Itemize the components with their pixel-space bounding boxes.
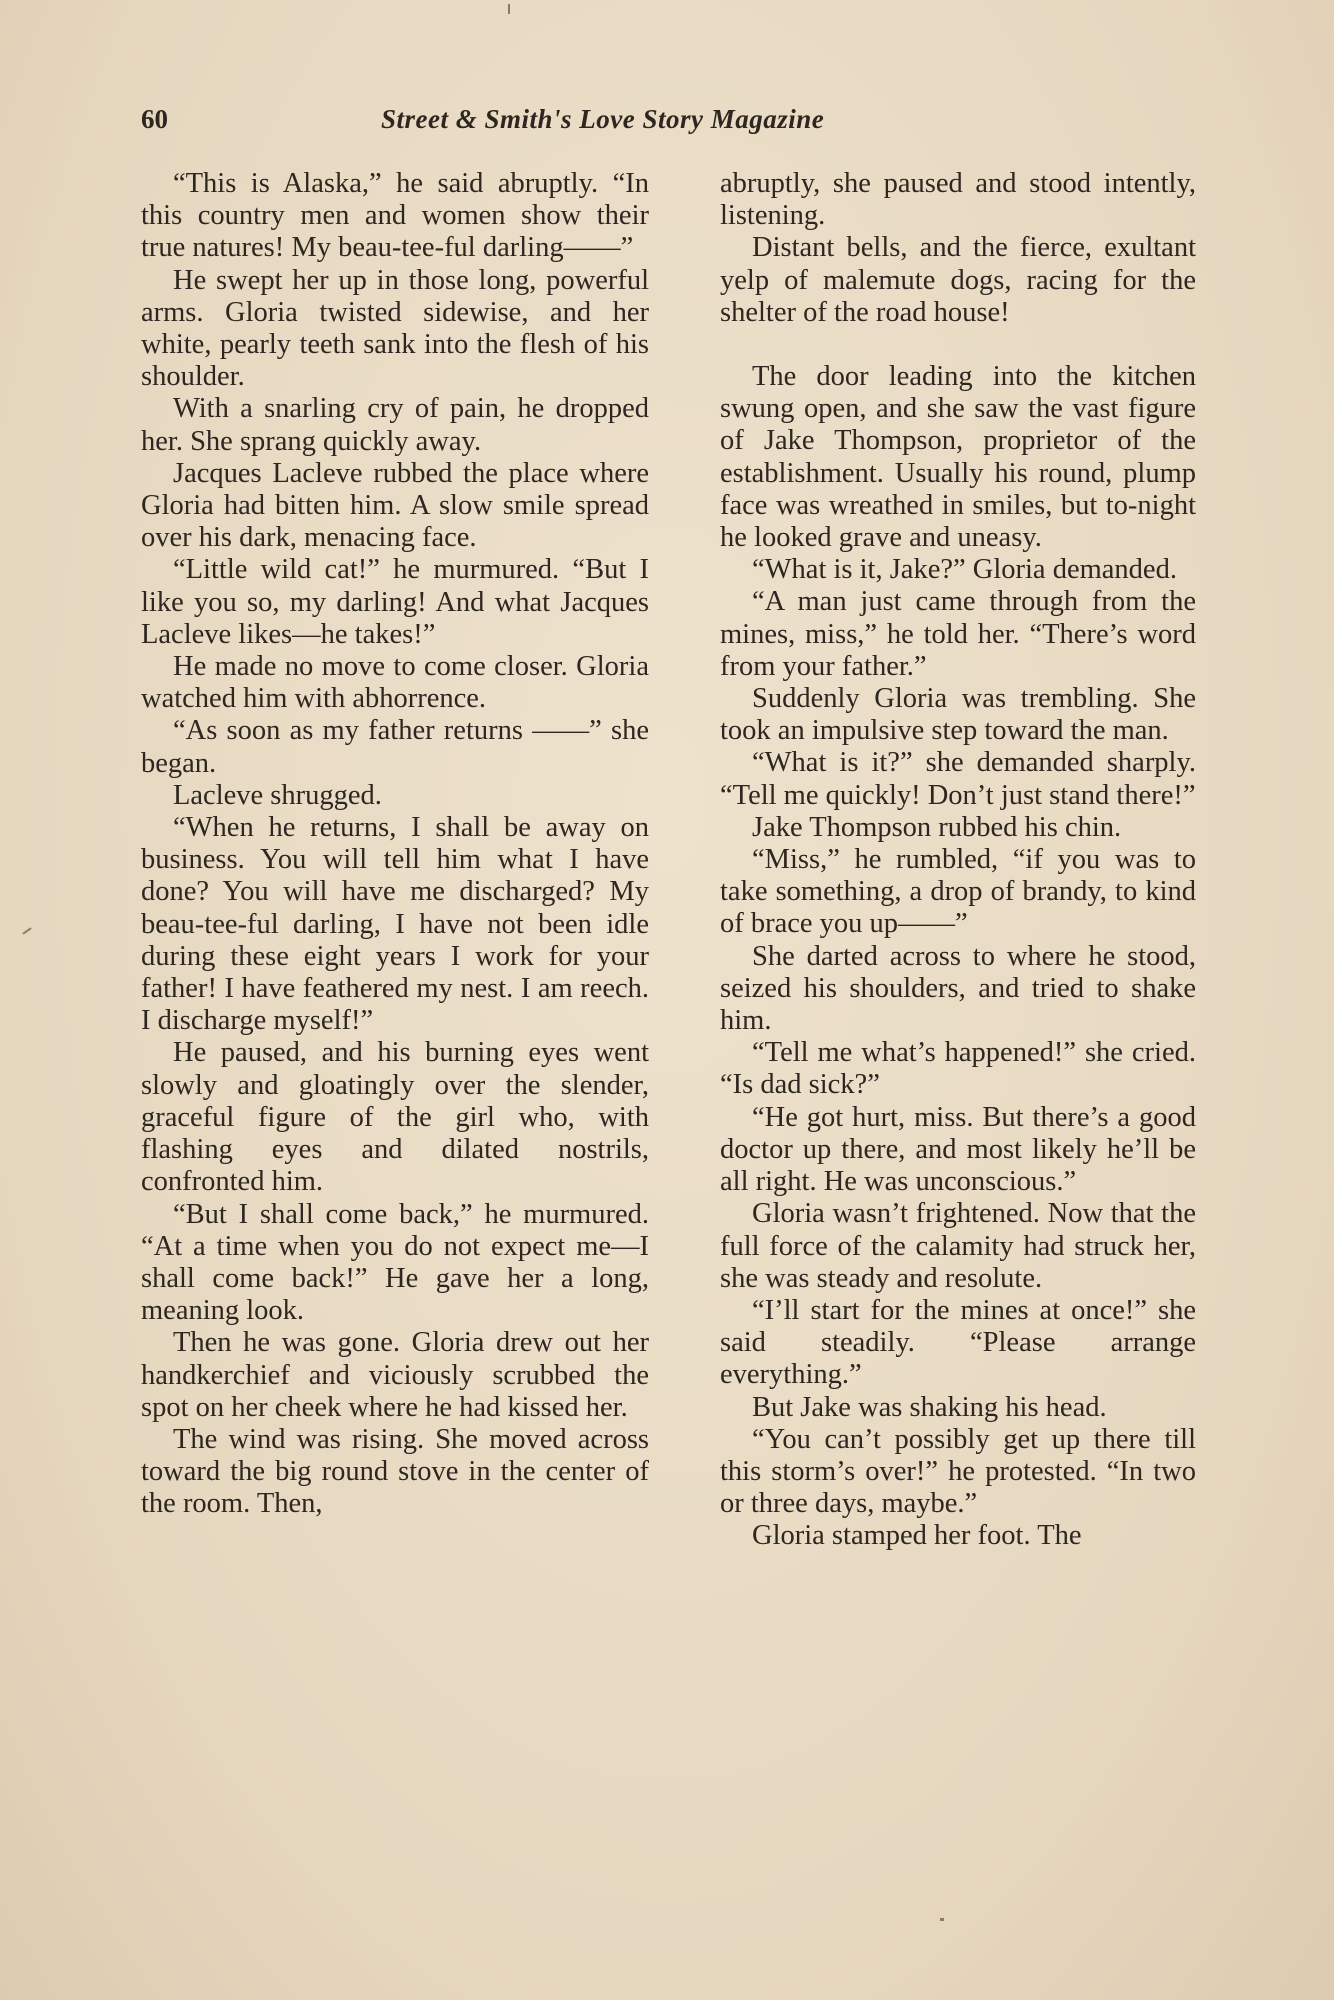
- page-smudge-mark: [22, 927, 31, 934]
- paragraph: Distant bells, and the fierce, exultant …: [720, 232, 1196, 329]
- paragraph: “I’ll start for the mines at once!” she …: [720, 1295, 1196, 1392]
- paragraph: “What is it?” she demanded sharply. “Tel…: [720, 747, 1196, 811]
- left-column: “This is Alaska,” he said abruptly. “In …: [141, 168, 649, 1521]
- paragraph: Gloria wasn’t frightened. Now that the f…: [720, 1198, 1196, 1295]
- paragraph: “He got hurt, miss. But there’s a good d…: [720, 1102, 1196, 1199]
- paragraph: He made no move to come closer. Gloria w…: [141, 651, 649, 715]
- paragraph: “Tell me what’s happened!” she cried. “I…: [720, 1037, 1196, 1101]
- paragraph: “But I shall come back,” he murmured. “A…: [141, 1199, 649, 1328]
- paragraph: Jacques Lacleve rubbed the place where G…: [141, 458, 649, 555]
- paragraph: She darted across to where he stood, sei…: [720, 941, 1196, 1038]
- paragraph: With a snarling cry of pain, he dropped …: [141, 393, 649, 457]
- page-number: 60: [141, 104, 168, 135]
- page-smudge-mark: [940, 1918, 944, 1921]
- paragraph: “This is Alaska,” he said abruptly. “In …: [141, 168, 649, 265]
- paragraph: But Jake was shaking his head.: [720, 1392, 1196, 1424]
- paragraph: Gloria stamped her foot. The: [720, 1520, 1196, 1552]
- paragraph: “Miss,” he rumbled, “if you was to take …: [720, 844, 1196, 941]
- page-header: 60 Street & Smith's Love Story Magazine: [141, 104, 1201, 144]
- page-smudge-mark: [508, 4, 510, 14]
- paragraph-continued: abruptly, she paused and stood intently,…: [720, 168, 1196, 232]
- paragraph: Jake Thompson rubbed his chin.: [720, 812, 1196, 844]
- paragraph: He paused, and his burning eyes went slo…: [141, 1037, 649, 1198]
- paragraph: “You can’t possibly get up there till th…: [720, 1424, 1196, 1521]
- paragraph: Suddenly Gloria was trembling. She took …: [720, 683, 1196, 747]
- paragraph: Then he was gone. Gloria drew out her ha…: [141, 1327, 649, 1424]
- paragraph: Lacleve shrugged.: [141, 780, 649, 812]
- paragraph: He swept her up in those long, powerful …: [141, 265, 649, 394]
- magazine-title: Street & Smith's Love Story Magazine: [381, 104, 824, 135]
- paragraph: The wind was rising. She moved across to…: [141, 1424, 649, 1521]
- paragraph: “What is it, Jake?” Gloria demanded.: [720, 554, 1196, 586]
- paragraph: “A man just came through from the mines,…: [720, 586, 1196, 683]
- paragraph-section-start: The door leading into the kitchen swung …: [720, 361, 1196, 554]
- paragraph: “Little wild cat!” he murmured. “But I l…: [141, 554, 649, 651]
- paragraph: “When he returns, I shall be away on bus…: [141, 812, 649, 1037]
- right-column: abruptly, she paused and stood intently,…: [720, 168, 1196, 1553]
- paragraph: “As soon as my father returns ——” she be…: [141, 715, 649, 779]
